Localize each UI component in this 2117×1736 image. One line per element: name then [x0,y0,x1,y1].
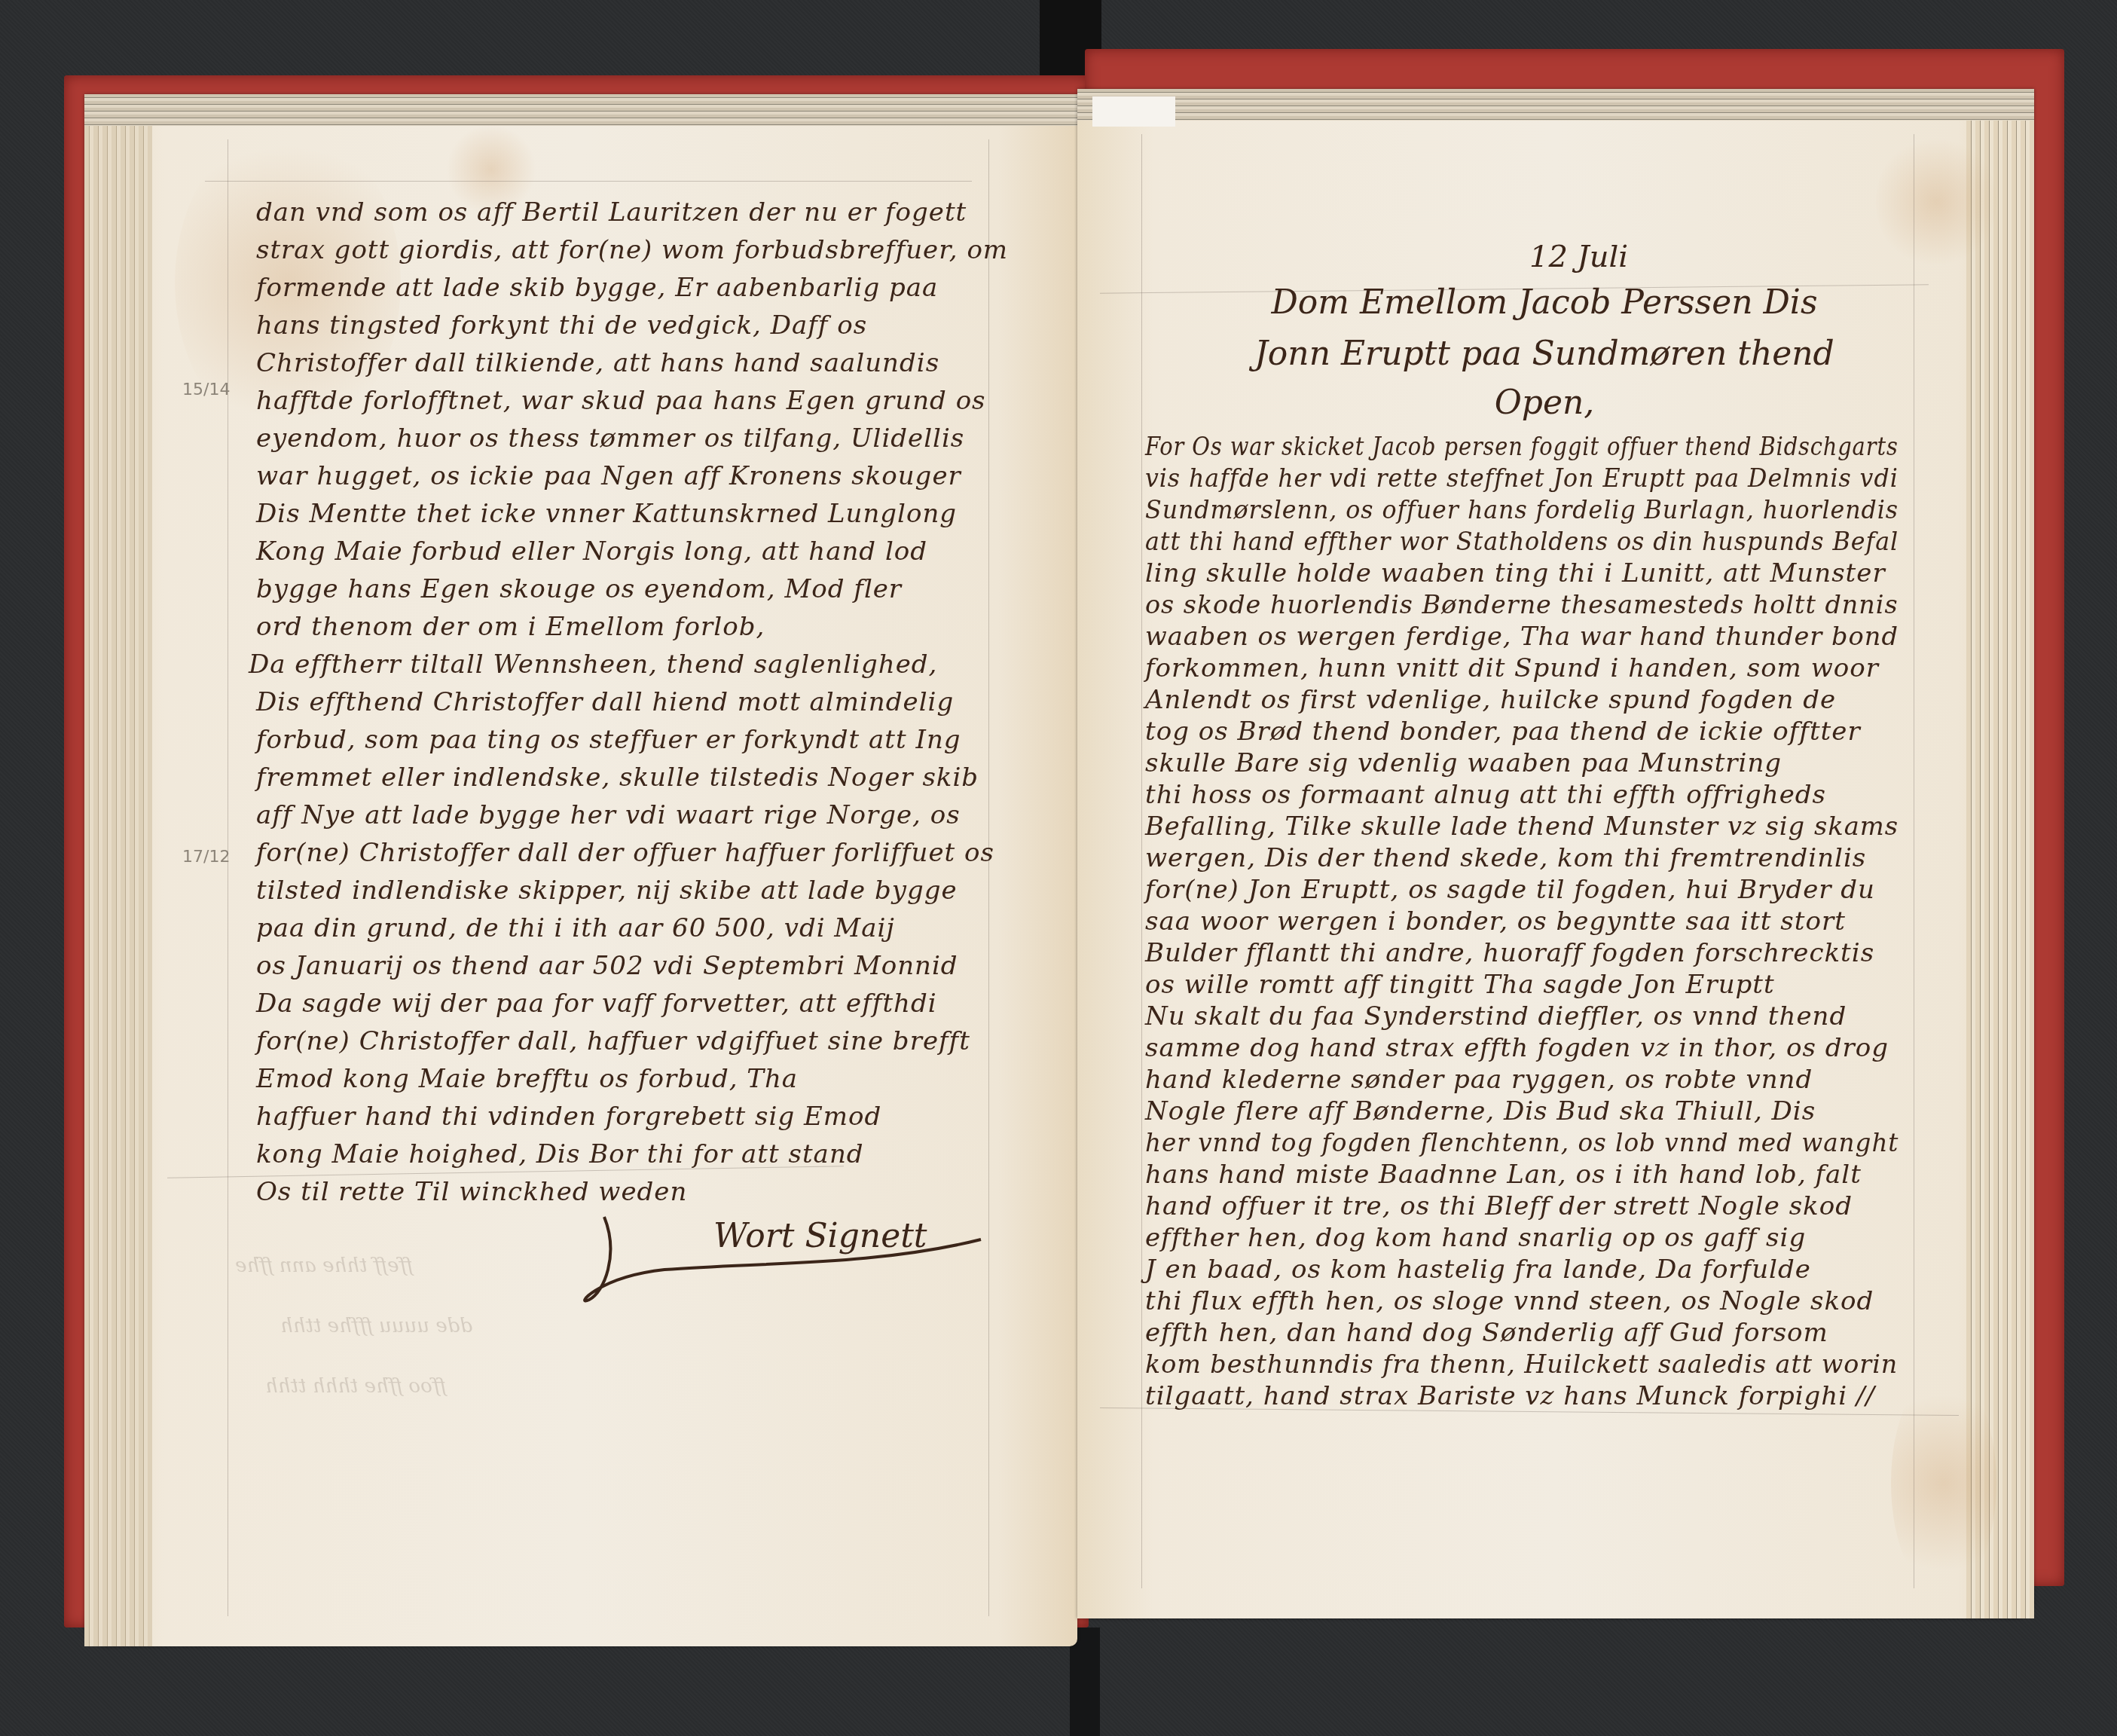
text-line: Befalling, Tilke skulle lade thend Munst… [1145,814,1899,839]
text-line: Anlendt os first vdenlige, huilcke spund… [1145,687,1836,713]
text-line: tog os Brød thend bonder, paa thend de i… [1145,719,1861,744]
text-line: Da sagde wij der paa for vaff forvetter,… [256,991,937,1016]
text-line: thi hoss os formaant alnug att thi effth… [1145,782,1826,808]
entry-heading-line: Dom Emellom Jacob Perssen Dis [1228,286,1861,319]
margin-ruling [1914,134,1914,1588]
text-line: forbud, som paa ting os steffuer er fork… [256,727,961,753]
text-line: Kong Maie forbud eller Norgis long, att … [256,539,927,564]
text-line: waaben os wergen ferdige, Tha war hand t… [1145,624,1899,649]
signature-flourish [574,1209,996,1315]
text-line: J en baad, os kom hastelig fra lande, Da… [1145,1257,1811,1282]
text-line: for(ne) Christoffer dall der offuer haff… [256,840,994,866]
text-line: samme dog hand strax effth fogden vz in … [1145,1035,1889,1061]
text-line: eyendom, huor os thess tømmer os tilfang… [256,426,964,451]
text-line: for(ne) Jon Eruptt, os sagde til fogden,… [1145,877,1875,903]
text-line: strax gott giordis, att for(ne) wom forb… [256,237,1008,263]
text-line: saa woor wergen i bonder, os begyntte sa… [1145,909,1846,934]
text-line: aff Nye att lade bygge her vdi waart rig… [256,802,961,828]
text-line: effth hen, dan hand dog Sønderlig aff Gu… [1145,1320,1828,1346]
bleed-through-text: ffoo ffhe thhh tthh [265,1375,446,1398]
page-stack-right [1966,89,2034,1618]
text-line: formende att lade skib bygge, Er aabenba… [256,275,938,301]
text-line: wergen, Dis der thend skede, kom thi fre… [1145,845,1866,871]
text-line: paa din grund, de thi i ith aar 60 500, … [256,915,895,941]
text-line: Da efftherr tiltall Wennsheen, thend sag… [249,652,937,677]
margin-ruling [988,139,989,1616]
text-line: kong Maie hoighed, Dis Bor thi for att s… [256,1142,864,1167]
text-line: hans tingsted forkynt thi de vedgick, Da… [256,313,867,338]
text-line: os skode huorlendis Bønderne thesamested… [1145,592,1899,618]
text-line: fremmet eller indlendske, skulle tilsted… [256,765,979,790]
text-line: Emod kong Maie brefftu os forbud, Tha [256,1066,798,1092]
text-line: skulle Bare sig vdenlig waaben paa Munst… [1145,750,1782,776]
page-stack-left [84,94,152,1646]
text-line: tilgaatt, hand strax Bariste vz hans Mun… [1145,1383,1875,1409]
entry-date: 12 Juli [1529,240,1628,274]
text-line: bygge hans Egen skouge os eyendom, Mod f… [256,576,902,602]
text-line: vis haffde her vdi rette steffnet Jon Er… [1145,466,1899,491]
text-line: haffuer hand thi vdinden forgrebett sig … [256,1104,881,1129]
text-line: Christoffer dall tilkiende, att hans han… [256,350,939,376]
text-line: ord thenom der om i Emellom forlob, [256,614,765,640]
text-line: forkommen, hunn vnitt dit Spund i handen… [1145,656,1879,681]
text-line: hafftde forlofftnet, war skud paa hans E… [256,388,986,414]
text-line: her vnnd tog fogden flenchtenn, os lob v… [1145,1130,1899,1156]
top-page-edge [1077,89,2034,121]
water-stain [1891,1370,1996,1596]
margin-note: 15/14 [182,381,230,399]
paper-tab [1092,96,1175,127]
text-line: hans hand miste Baadnne Lan, os i ith ha… [1145,1162,1862,1187]
right-page: 12 Juli Dom Emellom Jacob Perssen Dis Jo… [1077,89,2034,1618]
text-line: thi flux effth hen, os sloge vnnd steen,… [1145,1288,1874,1314]
text-line: dan vnd som os aff Bertil Lauritzen der … [256,200,967,225]
margin-note: 17/12 [182,848,230,866]
text-line: os wille romtt aff tingitt Tha sagde Jon… [1145,972,1775,998]
top-page-edge [84,94,1077,126]
text-line: for(ne) Christoffer dall, haffuer vdgiff… [256,1028,970,1054]
text-line: effther hen, dog kom hand snarlig op os … [1145,1225,1806,1251]
text-line: For Os war skicket Jacob persen foggit o… [1145,434,1899,460]
text-line: hand offuer it tre, os thi Bleff der str… [1145,1193,1853,1219]
text-line: tilsted indlendiske skipper, nij skibe a… [256,878,958,903]
text-line: ling skulle holde waaben ting thi i Luni… [1145,561,1886,586]
text-line: Nu skalt du faa Synderstind dieffler, os… [1145,1004,1847,1029]
entry-heading-line: Jonn Eruptt paa Sundmøren thend [1228,338,1861,371]
text-line: Bulder fflantt thi andre, huoraff fogden… [1145,940,1874,966]
left-page: 15/14 17/12 ffeff thhe ann ffhe dde uuuu… [84,94,1077,1646]
text-line: Os til rette Til winckhed weden [256,1179,687,1205]
text-line: hand klederne sønder paa ryggen, os robt… [1145,1067,1813,1093]
water-stain [1876,134,1996,270]
text-line: war hugget, os ickie paa Ngen aff Kronen… [256,463,961,489]
entry-heading-line: Open, [1228,387,1861,420]
top-ruling [205,181,972,182]
text-line: kom besthunndis fra thenn, Huilckett saa… [1145,1352,1898,1377]
bleed-through-text: ffeff thhe ann ffhe [235,1255,413,1277]
text-line: Dis effthend Christoffer dall hiend mott… [256,689,954,715]
text-line: att thi hand effther wor Statholdens os … [1145,529,1899,555]
text-line: os Januarij os thend aar 502 vdi Septemb… [256,953,958,979]
bleed-through-text: dde uuuu fffhe tthh [280,1315,472,1337]
text-line: Dis Mentte thet icke vnner Kattunskrned … [256,501,957,527]
text-line: Sundmørslenn, os offuer hans fordelig Bu… [1145,497,1899,523]
text-line: Nogle flere aff Bønderne, Dis Bud ska Th… [1145,1099,1816,1124]
margin-ruling [1141,134,1142,1588]
margin-ruling [228,139,228,1616]
